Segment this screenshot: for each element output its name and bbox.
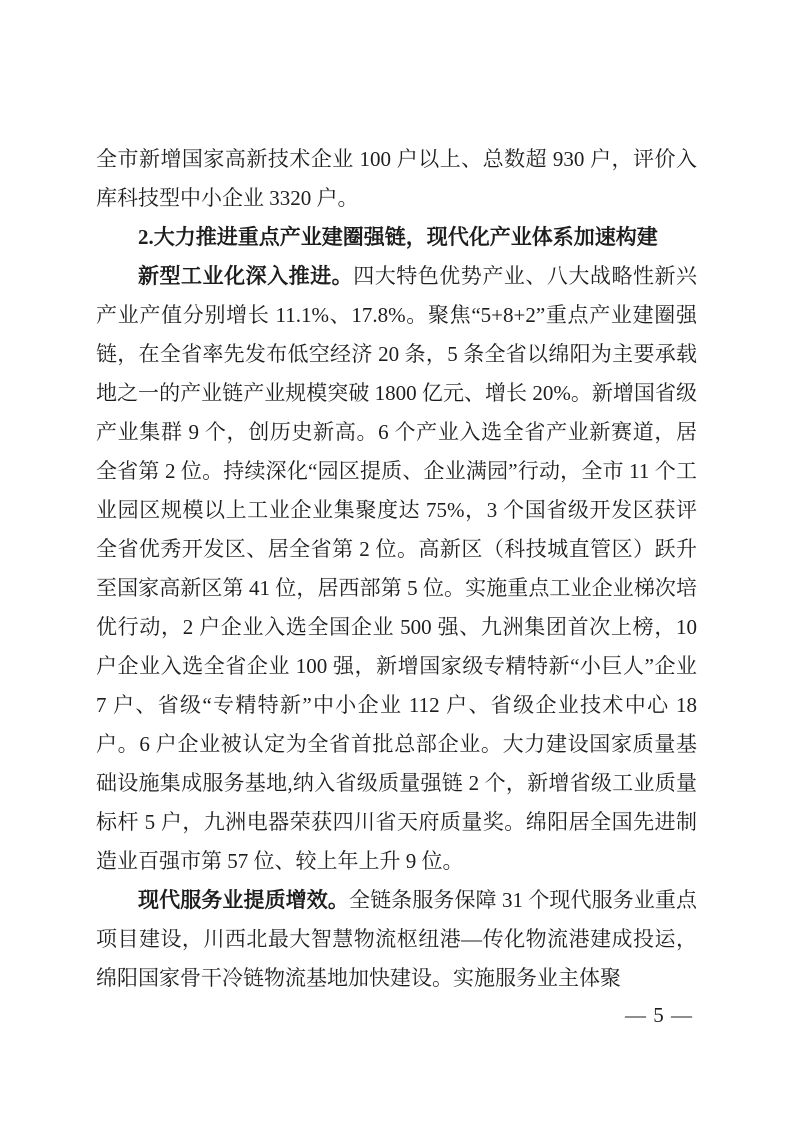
section-heading: 2.大力推进重点产业建圈强链，现代化产业体系加速构建 — [96, 218, 697, 257]
body-text: 全市新增国家高新技术企业 100 户以上、总数超 930 户，评价入库科技型中小… — [96, 147, 697, 210]
paragraph-continuation: 全市新增国家高新技术企业 100 户以上、总数超 930 户，评价入库科技型中小… — [96, 140, 697, 218]
page-number: — 5 — — [625, 1000, 693, 1030]
document-body: 全市新增国家高新技术企业 100 户以上、总数超 930 户，评价入库科技型中小… — [96, 140, 697, 998]
paragraph-lead: 现代服务业提质增效。 — [138, 888, 349, 912]
paragraph-lead: 新型工业化深入推进。 — [138, 264, 353, 288]
body-text: 四大特色优势产业、八大战略性新兴产业产值分别增长 11.1%、17.8%。聚焦“… — [96, 264, 697, 873]
paragraph: 现代服务业提质增效。全链条服务保障 31 个现代服务业重点项目建设，川西北最大智… — [96, 881, 697, 998]
paragraph: 新型工业化深入推进。四大特色优势产业、八大战略性新兴产业产值分别增长 11.1%… — [96, 257, 697, 881]
document-page: 全市新增国家高新技术企业 100 户以上、总数超 930 户，评价入库科技型中小… — [0, 0, 793, 1122]
heading-text: 2.大力推进重点产业建圈强链，现代化产业体系加速构建 — [138, 225, 658, 249]
